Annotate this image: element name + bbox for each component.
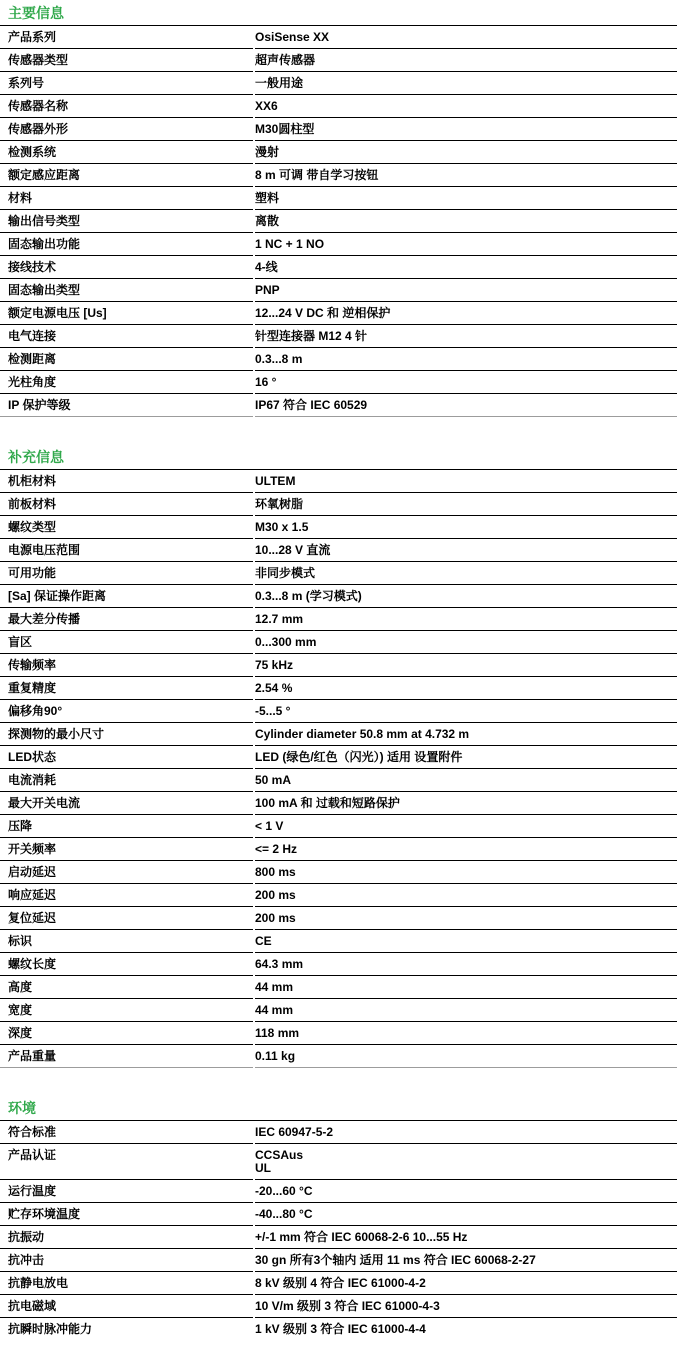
spec-label: 最大开关电流	[0, 792, 253, 815]
spec-label: 机柜材料	[0, 470, 253, 493]
spec-value: +/-1 mm 符合 IEC 60068-2-6 10...55 Hz	[255, 1226, 677, 1249]
spec-value: M30 x 1.5	[255, 516, 677, 539]
spec-value: 0.11 kg	[255, 1045, 677, 1068]
spec-value: CCSAus UL	[255, 1144, 677, 1180]
spec-label: 宽度	[0, 999, 253, 1022]
spec-label: 重复精度	[0, 677, 253, 700]
spec-value: 0.3...8 m (学习模式)	[255, 585, 677, 608]
spec-label: 标识	[0, 930, 253, 953]
spec-value: 0.3...8 m	[255, 348, 677, 371]
spec-value: 30 gn 所有3个轴内 适用 11 ms 符合 IEC 60068-2-27	[255, 1249, 677, 1272]
spec-row: 产品认证 CCSAus UL	[0, 1144, 677, 1180]
spec-row: 系列号 一般用途	[0, 72, 677, 95]
spec-value: < 1 V	[255, 815, 677, 838]
spec-value: 1 kV 级别 3 符合 IEC 61000-4-4	[255, 1318, 677, 1341]
spec-row: 高度 44 mm	[0, 976, 677, 999]
spec-value: -20...60 °C	[255, 1180, 677, 1203]
spec-label: 传输频率	[0, 654, 253, 677]
spec-row: [Sa] 保证操作距离 0.3...8 m (学习模式)	[0, 585, 677, 608]
spec-label: 电气连接	[0, 325, 253, 348]
spec-label: 输出信号类型	[0, 210, 253, 233]
spec-label: 抗瞬时脉冲能力	[0, 1318, 253, 1341]
spec-label: 响应延迟	[0, 884, 253, 907]
spec-row: 抗电磁域 10 V/m 级别 3 符合 IEC 61000-4-3	[0, 1295, 677, 1318]
spec-value: 12.7 mm	[255, 608, 677, 631]
spec-row: 盲区 0...300 mm	[0, 631, 677, 654]
spec-row: 抗瞬时脉冲能力 1 kV 级别 3 符合 IEC 61000-4-4	[0, 1318, 677, 1341]
spec-row: 产品重量 0.11 kg	[0, 1045, 677, 1068]
spec-row: 电气连接 针型连接器 M12 4 针	[0, 325, 677, 348]
spec-row: 压降 < 1 V	[0, 815, 677, 838]
spec-value: 2.54 %	[255, 677, 677, 700]
spec-row: 接线技术 4-线	[0, 256, 677, 279]
spec-label: 检测系统	[0, 141, 253, 164]
spec-value: 44 mm	[255, 976, 677, 999]
spec-label: IP 保护等级	[0, 394, 253, 417]
spec-value: -40...80 °C	[255, 1203, 677, 1226]
spec-row: 运行温度 -20...60 °C	[0, 1180, 677, 1203]
spec-value: 塑料	[255, 187, 677, 210]
spec-label: 抗静电放电	[0, 1272, 253, 1295]
spec-label: 偏移角90°	[0, 700, 253, 723]
spec-label: 抗振动	[0, 1226, 253, 1249]
spec-row: 额定感应距离 8 m 可调 带自学习按钮	[0, 164, 677, 187]
spec-row: 抗冲击 30 gn 所有3个轴内 适用 11 ms 符合 IEC 60068-2…	[0, 1249, 677, 1272]
spec-value: 一般用途	[255, 72, 677, 95]
spec-value: -5...5 °	[255, 700, 677, 723]
spec-label: 开关频率	[0, 838, 253, 861]
spec-label: 运行温度	[0, 1180, 253, 1203]
spec-label: 传感器名称	[0, 95, 253, 118]
spec-row: 光柱角度 16 °	[0, 371, 677, 394]
spec-row: 输出信号类型 离散	[0, 210, 677, 233]
spec-label: 产品系列	[0, 26, 253, 49]
spec-value: 4-线	[255, 256, 677, 279]
spec-label: 固态输出类型	[0, 279, 253, 302]
spec-label: 接线技术	[0, 256, 253, 279]
spec-label: 系列号	[0, 72, 253, 95]
spec-row: 螺纹长度 64.3 mm	[0, 953, 677, 976]
spec-row: 电源电压范围 10...28 V 直流	[0, 539, 677, 562]
spec-label: 光柱角度	[0, 371, 253, 394]
spec-row: 最大开关电流 100 mA 和 过载和短路保护	[0, 792, 677, 815]
spec-value: LED (绿色/红色（闪光）) 适用 设置附件	[255, 746, 677, 769]
spec-value: 漫射	[255, 141, 677, 164]
spec-value: 12...24 V DC 和 逆相保护	[255, 302, 677, 325]
spec-value: 200 ms	[255, 884, 677, 907]
section-rows: 产品系列 OsiSense XX 传感器类型 超声传感器 系列号 一般用途 传感…	[0, 26, 677, 417]
spec-value: OsiSense XX	[255, 26, 677, 49]
spec-row: 材料 塑料	[0, 187, 677, 210]
spec-value: IP67 符合 IEC 60529	[255, 394, 677, 417]
spec-row: 标识 CE	[0, 930, 677, 953]
spec-row: 探测物的最小尺寸 Cylinder diameter 50.8 mm at 4.…	[0, 723, 677, 746]
spec-label: 螺纹长度	[0, 953, 253, 976]
spec-value: 10 V/m 级别 3 符合 IEC 61000-4-3	[255, 1295, 677, 1318]
section: 环境 符合标准 IEC 60947-5-2 产品认证 CCSAus UL 运行温…	[0, 1097, 677, 1341]
spec-label: 检测距离	[0, 348, 253, 371]
spec-row: 贮存环境温度 -40...80 °C	[0, 1203, 677, 1226]
spec-label: 抗冲击	[0, 1249, 253, 1272]
spec-label: 复位延迟	[0, 907, 253, 930]
spec-label: 传感器外形	[0, 118, 253, 141]
spec-value: 118 mm	[255, 1022, 677, 1045]
spec-row: IP 保护等级 IP67 符合 IEC 60529	[0, 394, 677, 417]
spec-value: 44 mm	[255, 999, 677, 1022]
spec-row: 机柜材料 ULTEM	[0, 470, 677, 493]
spec-label: 固态输出功能	[0, 233, 253, 256]
spec-value: 离散	[255, 210, 677, 233]
spec-value: 50 mA	[255, 769, 677, 792]
spec-value: 100 mA 和 过载和短路保护	[255, 792, 677, 815]
spec-value: 环氧树脂	[255, 493, 677, 516]
spec-label: 材料	[0, 187, 253, 210]
spec-value: ULTEM	[255, 470, 677, 493]
spec-label: 抗电磁域	[0, 1295, 253, 1318]
spec-row: 偏移角90° -5...5 °	[0, 700, 677, 723]
spec-label: 最大差分传播	[0, 608, 253, 631]
section: 补充信息 机柜材料 ULTEM 前板材料 环氧树脂 螺纹类型 M30 x 1.5…	[0, 446, 677, 1068]
spec-label: 产品重量	[0, 1045, 253, 1068]
spec-row: 最大差分传播 12.7 mm	[0, 608, 677, 631]
spec-value: Cylinder diameter 50.8 mm at 4.732 m	[255, 723, 677, 746]
spec-row: LED状态 LED (绿色/红色（闪光）) 适用 设置附件	[0, 746, 677, 769]
spec-row: 传感器名称 XX6	[0, 95, 677, 118]
spec-row: 复位延迟 200 ms	[0, 907, 677, 930]
spec-row: 检测系统 漫射	[0, 141, 677, 164]
section: 主要信息 产品系列 OsiSense XX 传感器类型 超声传感器 系列号 一般…	[0, 2, 677, 417]
section-title: 环境	[0, 1097, 677, 1121]
spec-label: 电源电压范围	[0, 539, 253, 562]
spec-value: IEC 60947-5-2	[255, 1121, 677, 1144]
spec-value: XX6	[255, 95, 677, 118]
spec-label: 前板材料	[0, 493, 253, 516]
spec-row: 前板材料 环氧树脂	[0, 493, 677, 516]
spec-row: 重复精度 2.54 %	[0, 677, 677, 700]
spec-label: 符合标准	[0, 1121, 253, 1144]
spec-row: 抗振动 +/-1 mm 符合 IEC 60068-2-6 10...55 Hz	[0, 1226, 677, 1249]
spec-row: 固态输出功能 1 NC + 1 NO	[0, 233, 677, 256]
spec-row: 深度 118 mm	[0, 1022, 677, 1045]
spec-value: 10...28 V 直流	[255, 539, 677, 562]
spec-row: 符合标准 IEC 60947-5-2	[0, 1121, 677, 1144]
spec-row: 检测距离 0.3...8 m	[0, 348, 677, 371]
spec-label: 高度	[0, 976, 253, 999]
section-rows: 符合标准 IEC 60947-5-2 产品认证 CCSAus UL 运行温度 -…	[0, 1121, 677, 1341]
spec-row: 传输频率 75 kHz	[0, 654, 677, 677]
spec-label: 传感器类型	[0, 49, 253, 72]
spec-value: CE	[255, 930, 677, 953]
spec-row: 螺纹类型 M30 x 1.5	[0, 516, 677, 539]
spec-label: [Sa] 保证操作距离	[0, 585, 253, 608]
spec-label: 启动延迟	[0, 861, 253, 884]
spec-value: 64.3 mm	[255, 953, 677, 976]
spec-label: 额定电源电压 [Us]	[0, 302, 253, 325]
spec-row: 开关频率 <= 2 Hz	[0, 838, 677, 861]
spec-label: 压降	[0, 815, 253, 838]
spec-value: 200 ms	[255, 907, 677, 930]
spec-row: 抗静电放电 8 kV 级别 4 符合 IEC 61000-4-2	[0, 1272, 677, 1295]
spec-label: 螺纹类型	[0, 516, 253, 539]
spec-row: 可用功能 非同步模式	[0, 562, 677, 585]
section-title: 补充信息	[0, 446, 677, 470]
spec-row: 传感器类型 超声传感器	[0, 49, 677, 72]
spec-row: 启动延迟 800 ms	[0, 861, 677, 884]
spec-row: 固态输出类型 PNP	[0, 279, 677, 302]
spec-value: 8 kV 级别 4 符合 IEC 61000-4-2	[255, 1272, 677, 1295]
spec-row: 电流消耗 50 mA	[0, 769, 677, 792]
spec-label: 贮存环境温度	[0, 1203, 253, 1226]
spec-row: 产品系列 OsiSense XX	[0, 26, 677, 49]
spec-value: 针型连接器 M12 4 针	[255, 325, 677, 348]
spec-label: 深度	[0, 1022, 253, 1045]
spec-row: 响应延迟 200 ms	[0, 884, 677, 907]
spec-value: 1 NC + 1 NO	[255, 233, 677, 256]
spec-label: 额定感应距离	[0, 164, 253, 187]
spec-value: 16 °	[255, 371, 677, 394]
spec-value: M30圆柱型	[255, 118, 677, 141]
spec-value: <= 2 Hz	[255, 838, 677, 861]
spec-label: LED状态	[0, 746, 253, 769]
spec-value: 0...300 mm	[255, 631, 677, 654]
spec-row: 额定电源电压 [Us] 12...24 V DC 和 逆相保护	[0, 302, 677, 325]
spec-label: 电流消耗	[0, 769, 253, 792]
spec-label: 探测物的最小尺寸	[0, 723, 253, 746]
spec-row: 传感器外形 M30圆柱型	[0, 118, 677, 141]
spec-value: 8 m 可调 带自学习按钮	[255, 164, 677, 187]
spec-row: 宽度 44 mm	[0, 999, 677, 1022]
section-rows: 机柜材料 ULTEM 前板材料 环氧树脂 螺纹类型 M30 x 1.5 电源电压…	[0, 470, 677, 1068]
spec-value: 非同步模式	[255, 562, 677, 585]
spec-value: 超声传感器	[255, 49, 677, 72]
section-title: 主要信息	[0, 2, 677, 26]
spec-value: PNP	[255, 279, 677, 302]
spec-label: 盲区	[0, 631, 253, 654]
spec-label: 产品认证	[0, 1144, 253, 1180]
spec-sheet: 主要信息 产品系列 OsiSense XX 传感器类型 超声传感器 系列号 一般…	[0, 0, 677, 1341]
spec-label: 可用功能	[0, 562, 253, 585]
spec-value: 75 kHz	[255, 654, 677, 677]
spec-value: 800 ms	[255, 861, 677, 884]
